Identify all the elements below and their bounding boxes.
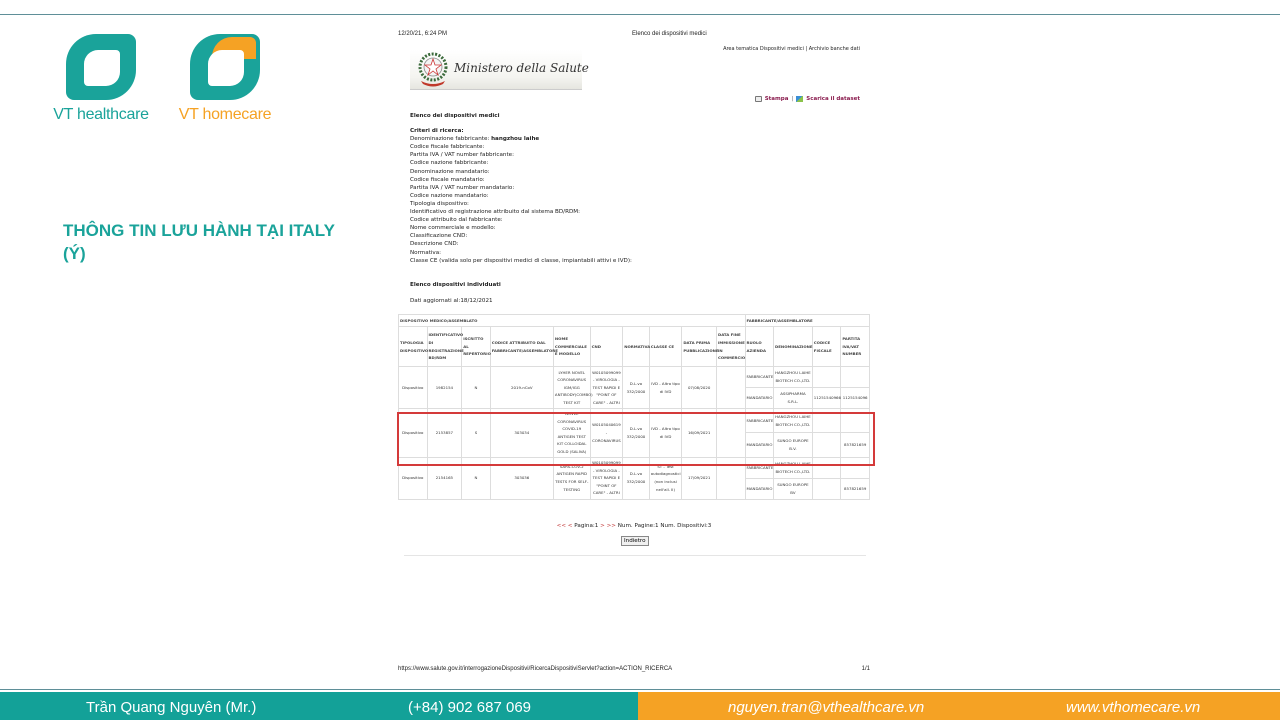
cell-cf (812, 409, 841, 433)
printed-document: 12/20/21, 6:24 PM Elenco dei dispositivi… (398, 28, 876, 678)
cell-cnd: W0105099099 - VIROLOGIA - TEST RAPIDI E … (590, 367, 623, 409)
column-header: ISCRITTO AL REPERTORIO (462, 327, 491, 367)
criteria-label: Codice nazione fabbricante: (410, 160, 488, 166)
criteria-label: Normativa: (410, 250, 441, 256)
print-date: 12/20/21, 6:24 PM (398, 31, 447, 37)
current-page: Pagina:1 (574, 523, 598, 529)
criteria-line: Codice nazione fabbricante: (410, 159, 810, 167)
print-link[interactable]: Stampa (765, 96, 789, 102)
download-dataset-link[interactable]: Scarica il dataset (806, 96, 860, 102)
cell-denominazione: HANGZHOU LAIHE BIOTECH CO.,LTD. (774, 409, 813, 433)
slide-title: THÔNG TIN LƯU HÀNH TẠI ITALY (Ý) (63, 219, 343, 265)
cell-iscritto: S (462, 409, 491, 458)
contact-website[interactable]: www.vthomecare.vn (1066, 699, 1200, 716)
vt-healthcare-logo: VT healthcare (46, 34, 156, 124)
page-url: https://www.salute.gov.it/interrogazione… (398, 666, 672, 672)
column-header: CLASSE CE (649, 327, 682, 367)
cell-data-pub: 17/09/2021 (682, 457, 717, 499)
pagination-info: Num. Pagine:1 Num. Dispositivi:3 (618, 523, 712, 529)
column-header: RUOLO AZIENDA (745, 327, 774, 367)
column-header: NOME COMMERCIALE E MODELLO (553, 327, 590, 367)
cell-data-fine (716, 367, 745, 409)
cell-denominazione: ASSIPHARMA S.R.L. (774, 388, 813, 409)
document-divider (404, 555, 866, 556)
table-row: Dispositivo2153857S303034NOVEL CORONAVIR… (399, 409, 870, 433)
vt-healthcare-logo-icon (66, 34, 136, 100)
cell-ruolo: MANDATARIO (745, 433, 774, 457)
cell-codice: 303034 (490, 409, 553, 458)
cell-data-pub: 07/08/2020 (682, 367, 717, 409)
criteria-title: Criteri di ricerca: (410, 127, 810, 135)
criteria-label: Codice fiscale fabbricante: (410, 144, 484, 150)
column-header: DATA FINE IMMISSIONE IN COMMERCIO (716, 327, 745, 367)
last-page-link[interactable]: >> (607, 523, 616, 529)
column-header: CODICE FISCALE (812, 327, 841, 367)
criteria-list: Denominazione fabbricante: hangzhou laih… (410, 135, 810, 265)
cell-id: 2153857 (427, 409, 462, 458)
action-separator: | (791, 96, 793, 102)
page-number: 1/1 (862, 666, 870, 672)
criteria-label: Denominazione mandatario: (410, 169, 490, 175)
column-header: IDENTIFICATIVO DI REGISTRAZIONE BD/RDM (427, 327, 462, 367)
italian-emblem-icon (416, 51, 450, 87)
criteria-label: Classificazione CND: (410, 233, 467, 239)
section-title: Elenco dei dispositivi medici (410, 112, 810, 120)
cell-cnd: W0105040619 - CORONAVIRUS (590, 409, 623, 458)
column-header: TIPOLOGIA DISPOSITIVO (399, 327, 428, 367)
cell-piva (841, 409, 870, 433)
cell-tipologia: Dispositivo (399, 409, 428, 458)
cell-denominazione: SUNGO EUROPE B.V. (774, 433, 813, 457)
cell-piva: 857821659 (841, 433, 870, 457)
table-row: Dispositivo1982154N2019-nCoVLYHER NOVEL … (399, 367, 870, 388)
criteria-line: Denominazione fabbricante: hangzhou laih… (410, 135, 810, 143)
criteria-line: Classe CE (valida solo per dispositivi m… (410, 257, 810, 265)
cell-iscritto: N (462, 367, 491, 409)
cell-nome: LYHER NOVEL CORONAVIRUS IGM/IGG ANTIBODY… (553, 367, 590, 409)
criteria-line: Partita IVA / VAT number fabbricante: (410, 151, 810, 159)
footer-right: nguyen.tran@vthealthcare.vn www.vthomeca… (638, 692, 1280, 720)
cell-codice: 303036 (490, 457, 553, 499)
cell-piva (841, 367, 870, 388)
cell-data-fine (716, 457, 745, 499)
cell-ruolo: MANDATARIO (745, 478, 774, 499)
cell-denominazione: HANGZHOU LAIHE BIOTECH CO.,LTD. (774, 457, 813, 478)
cell-cf (812, 478, 841, 499)
cell-normativa: D.L.vo 332/2000 (623, 367, 650, 409)
criteria-line: Partita IVA / VAT number mandatario: (410, 184, 810, 192)
cell-normativa: D.L.vo 332/2000 (623, 409, 650, 458)
criteria-line: Descrizione CND: (410, 240, 810, 248)
contact-name: Trần Quang Nguyên (Mr.) (86, 699, 256, 716)
cell-data-fine (716, 409, 745, 458)
criteria-line: Codice nazione mandatario: (410, 192, 810, 200)
data-updated: Dati aggiornati al:18/12/2021 (410, 298, 493, 304)
cell-nome: NOVEL CORONAVIRUS COVID-19 ANTIGEN TEST … (553, 409, 590, 458)
criteria-label: Denominazione fabbricante: (410, 136, 489, 142)
cell-ruolo: FABBRICANTE (745, 409, 774, 433)
cell-tipologia: Dispositivo (399, 457, 428, 499)
cell-ruolo: MANDATARIO (745, 388, 774, 409)
cell-denominazione: HANGZHOU LAIHE BIOTECH CO.,LTD. (774, 367, 813, 388)
cell-piva: 1125154096 (841, 388, 870, 409)
cell-classe: IVD - Altro tipo di IVD (649, 409, 682, 458)
contact-phone: (+84) 902 687 069 (408, 699, 531, 716)
criteria-label: Codice attribuito dal fabbricante: (410, 217, 503, 223)
print-icon[interactable] (755, 96, 762, 102)
cell-ruolo: FABBRICANTE (745, 367, 774, 388)
prev-page-link[interactable]: < (568, 523, 573, 529)
criteria-line: Nome commerciale e modello: (410, 224, 810, 232)
next-page-link[interactable]: > (600, 523, 605, 529)
criteria-label: Descrizione CND: (410, 241, 459, 247)
cell-nome: SARS-COV-2 ANTIGEN RAPID TESTS FOR SELF-… (553, 457, 590, 499)
column-header: DATA PRIMA PUBBLICAZIONE (682, 327, 717, 367)
cell-ruolo: FABBRICANTE (745, 457, 774, 478)
cell-denominazione: SUNGO EUROPE BV (774, 478, 813, 499)
criteria-line: Tipologia dispositivo: (410, 200, 810, 208)
cell-classe: ST - Test autodiagnostici (non inclusi n… (649, 457, 682, 499)
cell-classe: IVD - Altro tipo di IVD (649, 367, 682, 409)
vt-homecare-logo-icon (190, 34, 260, 100)
cell-tipologia: Dispositivo (399, 367, 428, 409)
footer: Trần Quang Nguyên (Mr.) (+84) 902 687 06… (0, 692, 1280, 720)
criteria-label: Nome commerciale e modello: (410, 225, 496, 231)
criteria-line: Denominazione mandatario: (410, 168, 810, 176)
cell-cnd: W0105099099 - VIROLOGIA - TEST RAPIDI E … (590, 457, 623, 499)
cell-iscritto: N (462, 457, 491, 499)
cell-id: 2154165 (427, 457, 462, 499)
cell-piva: 857821659 (841, 478, 870, 499)
criteria-label: Codice fiscale mandatario: (410, 177, 485, 183)
criteria-label: Codice nazione mandatario: (410, 193, 489, 199)
ministry-banner: Ministero della Salute (410, 50, 582, 90)
cell-cf (812, 457, 841, 478)
download-icon[interactable] (796, 96, 803, 102)
criteria-label: Identificativo di registrazione attribui… (410, 209, 580, 215)
contact-email[interactable]: nguyen.tran@vthealthcare.vn (728, 699, 924, 716)
criteria-line: Codice attribuito dal fabbricante: (410, 216, 810, 224)
cell-data-pub: 16/09/2021 (682, 409, 717, 458)
criteria-line: Codice fiscale mandatario: (410, 176, 810, 184)
logo-label: VT healthcare (46, 106, 156, 124)
devices-table: DISPOSITIVO MEDICO/ASSEMBLATO FABBRICANT… (398, 314, 870, 500)
group-header-manufacturer: FABBRICANTE/ASSEMBLATORE (745, 315, 869, 327)
cell-cf (812, 367, 841, 388)
column-header: DENOMINAZIONE (774, 327, 813, 367)
cell-cf (812, 433, 841, 457)
search-criteria: Elenco dei dispositivi medici Criteri di… (410, 112, 810, 265)
cell-cf: 11251540966 (812, 388, 841, 409)
cell-normativa: D.L.vo 332/2000 (623, 457, 650, 499)
print-title: Elenco dei dispositivi medici (632, 31, 707, 37)
document-actions: Stampa | Scarica il dataset (755, 96, 860, 102)
criteria-line: Normativa: (410, 249, 810, 257)
footer-divider (0, 689, 1280, 690)
cell-codice: 2019-nCoV (490, 367, 553, 409)
criteria-line: Identificativo di registrazione attribui… (410, 208, 810, 216)
column-header: CODICE ATTRIBUITO DAL FABBRICANTE/ASSEMB… (490, 327, 553, 367)
logo-label: VT homecare (170, 106, 280, 124)
first-page-link[interactable]: << (557, 523, 566, 529)
pagination: << < Pagina:1 > >> Num. Pagine:1 Num. Di… (398, 523, 870, 529)
cell-id: 1982154 (427, 367, 462, 409)
top-divider (0, 14, 1280, 15)
results-title: Elenco dispositivi individuati (410, 282, 501, 288)
table-row: Dispositivo2154165N303036SARS-COV-2 ANTI… (399, 457, 870, 478)
criteria-label: Tipologia dispositivo: (410, 201, 469, 207)
column-header: CND (590, 327, 623, 367)
back-button[interactable]: Indietro (621, 536, 649, 546)
column-header: PARTITA IVA/VAT NUMBER (841, 327, 870, 367)
ministry-name: Ministero della Salute (454, 61, 589, 75)
vt-homecare-logo: VT homecare (170, 34, 280, 124)
criteria-line: Codice fiscale fabbricante: (410, 143, 810, 151)
footer-left: Trần Quang Nguyên (Mr.) (+84) 902 687 06… (0, 692, 638, 720)
cell-piva (841, 457, 870, 478)
criteria-line: Classificazione CND: (410, 232, 810, 240)
criteria-value: hangzhou laihe (491, 136, 539, 142)
criteria-label: Partita IVA / VAT number mandatario: (410, 185, 514, 191)
devices-table-wrapper: DISPOSITIVO MEDICO/ASSEMBLATO FABBRICANT… (398, 314, 870, 500)
column-header: NORMATIVA (623, 327, 650, 367)
criteria-label: Classe CE (valida solo per dispositivi m… (410, 258, 632, 264)
area-links[interactable]: Area tematica Dispositivi medici | Archi… (723, 46, 860, 52)
criteria-label: Partita IVA / VAT number fabbricante: (410, 152, 514, 158)
group-header-device: DISPOSITIVO MEDICO/ASSEMBLATO (399, 315, 746, 327)
